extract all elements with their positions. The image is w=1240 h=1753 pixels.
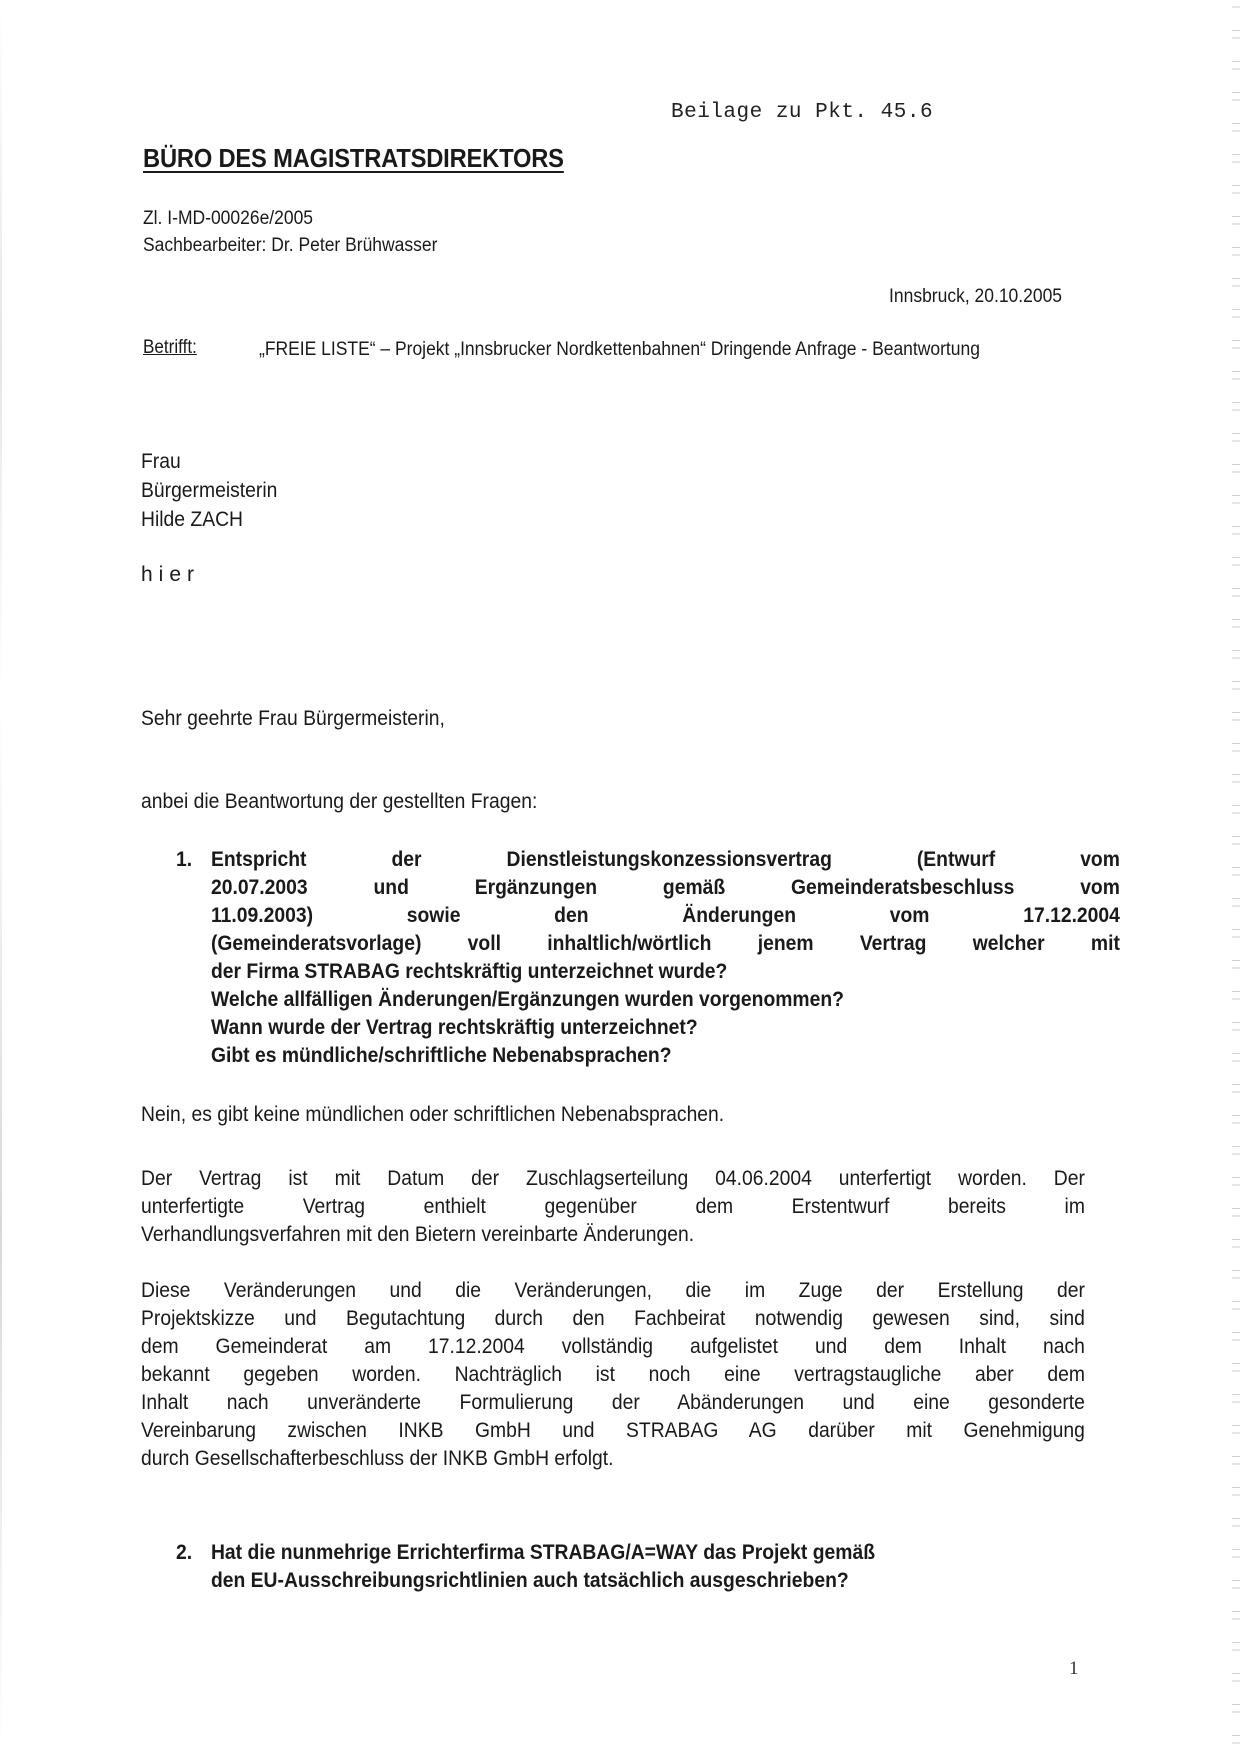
recipient-address: Frau Bürgermeisterin Hilde ZACH <box>141 447 277 534</box>
question-line: Welche allfälligen Änderungen/Ergänzunge… <box>211 986 1120 1014</box>
paragraph-line: Vereinbarung zwischen INKB GmbH und STRA… <box>141 1417 1085 1445</box>
paragraph-line: unterfertigte Vertrag enthielt gegenüber… <box>141 1193 1085 1221</box>
hier-note: hier <box>141 563 200 587</box>
recipient-line: Frau <box>141 447 277 476</box>
subject-text: „FREIE LISTE“ – Projekt „Innsbrucker Nor… <box>259 337 1023 363</box>
reference-number: Zl. I-MD-00026e/2005 <box>143 205 437 232</box>
paragraph-line: Der Vertrag ist mit Datum der Zuschlagse… <box>141 1165 1085 1193</box>
paragraph-line: Diese Veränderungen und die Veränderunge… <box>141 1277 1085 1305</box>
paragraph-line: Nein, es gibt keine mündlichen oder schr… <box>141 1101 1085 1129</box>
question-line: den EU-Ausschreibungsrichtlinien auch ta… <box>211 1567 1105 1595</box>
answer-paragraph: Der Vertrag ist mit Datum der Zuschlagse… <box>141 1165 1085 1249</box>
question-line: 11.09.2003) sowie den Änderungen vom 17.… <box>211 902 1120 930</box>
paragraph-line: durch Gesellschafterbeschluss der INKB G… <box>141 1445 1085 1473</box>
question-text: Entspricht der Dienstleistungskonzession… <box>211 846 1120 1070</box>
intro-text: anbei die Beantwortung der gestellten Fr… <box>141 790 537 814</box>
subject-label: Betrifft: <box>143 337 197 359</box>
reference-block: Zl. I-MD-00026e/2005 Sachbearbeiter: Dr.… <box>143 205 437 259</box>
attachment-note: Beilage zu Pkt. 45.6 <box>671 101 933 124</box>
page-number: 1 <box>1069 1658 1079 1680</box>
answer-paragraph: Nein, es gibt keine mündlichen oder schr… <box>141 1101 1085 1129</box>
question-line: Gibt es mündliche/schriftliche Nebenabsp… <box>211 1042 1120 1070</box>
answer-paragraph: Diese Veränderungen und die Veränderunge… <box>141 1277 1085 1473</box>
question-1: 1. Entspricht der Dienstleistungskonzess… <box>176 846 1084 1070</box>
place-date: Innsbruck, 20.10.2005 <box>889 286 1062 308</box>
recipient-line: Hilde ZACH <box>141 505 277 534</box>
recipient-line: Bürgermeisterin <box>141 476 277 505</box>
salutation: Sehr geehrte Frau Bürgermeisterin, <box>141 707 445 731</box>
question-line: (Gemeinderatsvorlage) voll inhaltlich/wö… <box>211 930 1120 958</box>
question-2: 2. Hat die nunmehrige Errichterfirma STR… <box>176 1539 1096 1595</box>
question-line: Wann wurde der Vertrag rechtskräftig unt… <box>211 1014 1120 1042</box>
paragraph-line: dem Gemeinderat am 17.12.2004 vollständi… <box>141 1333 1085 1361</box>
paragraph-line: bekannt gegeben worden. Nachträglich ist… <box>141 1361 1085 1389</box>
question-number: 2. <box>176 1539 192 1567</box>
paragraph-line: Projektskizze und Begutachtung durch den… <box>141 1305 1085 1333</box>
question-line: Entspricht der Dienstleistungskonzession… <box>211 846 1120 874</box>
paragraph-line: Verhandlungsverfahren mit den Bietern ve… <box>141 1221 1085 1249</box>
office-title: BÜRO DES MAGISTRATSDIREKTORS <box>143 145 564 174</box>
question-text: Hat die nunmehrige Errichterfirma STRABA… <box>211 1539 1105 1595</box>
paragraph-line: Inhalt nach unveränderte Formulierung de… <box>141 1389 1085 1417</box>
question-line: 20.07.2003 und Ergänzungen gemäß Gemeind… <box>211 874 1120 902</box>
question-line: Hat die nunmehrige Errichterfirma STRABA… <box>211 1539 1105 1567</box>
scan-edge-right <box>1232 0 1240 1753</box>
question-number: 1. <box>176 846 192 874</box>
case-officer: Sachbearbeiter: Dr. Peter Brühwasser <box>143 232 437 259</box>
question-line: der Firma STRABAG rechtskräftig unterzei… <box>211 958 1120 986</box>
scan-edge-left <box>0 0 2 1753</box>
